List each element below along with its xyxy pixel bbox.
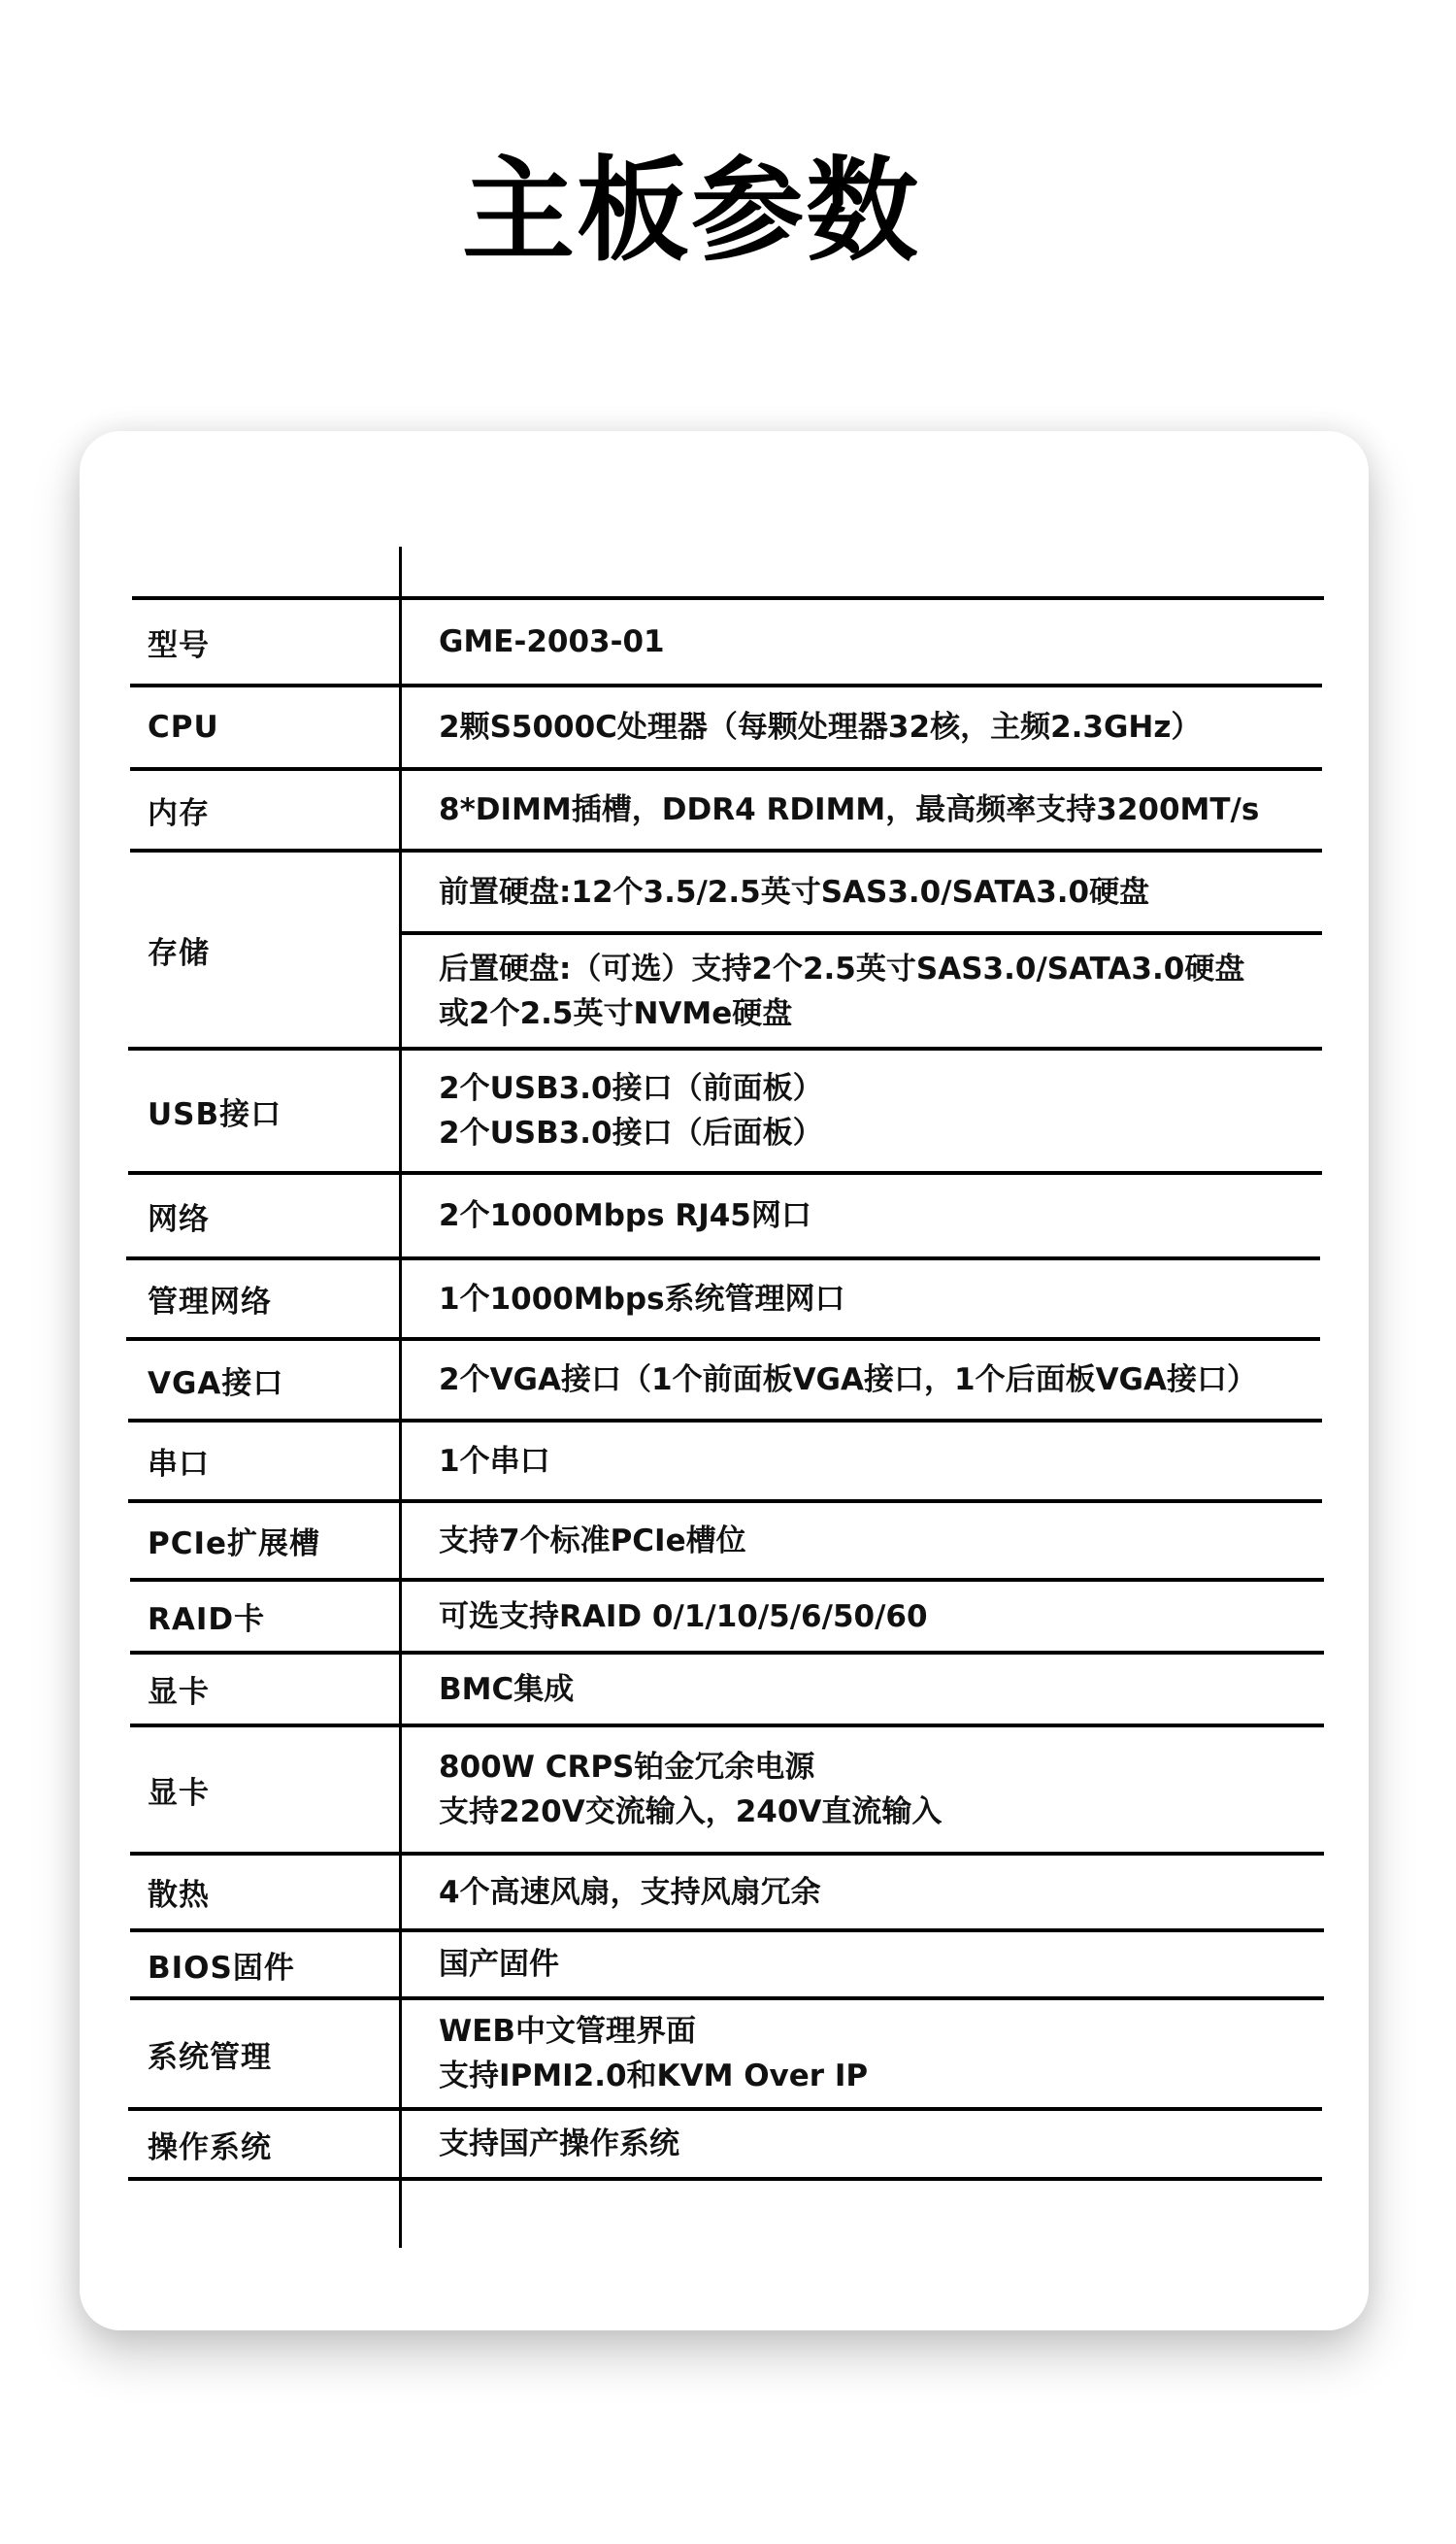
row-rule (128, 2177, 1322, 2181)
spec-value-graphics: BMC集成 (439, 1655, 1317, 1724)
column-divider (399, 547, 402, 2248)
spec-label-storage: 存储 (148, 853, 390, 1047)
spec-value-system-mgmt: WEB中文管理界面 支持IPMI2.0和KVM Over IP (439, 2000, 1317, 2107)
spec-value-line: 800W CRPS铂金冗余电源 (439, 1745, 1317, 1790)
spec-value-cpu: 2颗S5000C处理器（每颗处理器32核，主频2.3GHz） (439, 687, 1317, 767)
spec-value-line: 国产固件 (439, 1942, 1317, 1987)
spec-label-serial: 串口 (148, 1423, 390, 1499)
spec-label-system-mgmt: 系统管理 (148, 2000, 390, 2107)
spec-value-line: 或2个2.5英寸NVMe硬盘 (439, 991, 1317, 1036)
spec-label-model: 型号 (148, 600, 390, 684)
spec-value-serial: 1个串口 (439, 1423, 1317, 1499)
spec-label-cpu: CPU (148, 687, 390, 767)
spec-value-line: WEB中文管理界面 (439, 2009, 1317, 2054)
spec-label-raid: RAID卡 (148, 1582, 390, 1651)
spec-value-usb: 2个USB3.0接口（前面板） 2个USB3.0接口（后面板） (439, 1051, 1317, 1171)
spec-value-line: 支持IPMI2.0和KVM Over IP (439, 2054, 1317, 2098)
spec-label-usb: USB接口 (148, 1051, 390, 1171)
spec-label-memory: 内存 (148, 771, 390, 849)
spec-value-storage-front: 前置硬盘:12个3.5/2.5英寸SAS3.0/SATA3.0硬盘 (439, 853, 1317, 931)
spec-value-line: BMC集成 (439, 1667, 1317, 1712)
spec-value-power: 800W CRPS铂金冗余电源 支持220V交流输入，240V直流输入 (439, 1727, 1317, 1852)
spec-label-mgmt-network: 管理网络 (148, 1260, 390, 1337)
spec-value-raid: 可选支持RAID 0/1/10/5/6/50/60 (439, 1582, 1317, 1651)
spec-value-line: 前置硬盘:12个3.5/2.5英寸SAS3.0/SATA3.0硬盘 (439, 870, 1317, 915)
spec-value-line: 2个VGA接口（1个前面板VGA接口，1个后面板VGA接口） (439, 1357, 1317, 1402)
spec-label-os: 操作系统 (148, 2111, 390, 2177)
spec-value-cooling: 4个高速风扇，支持风扇冗余 (439, 1856, 1317, 1928)
spec-value-line: 1个1000Mbps系统管理网口 (439, 1277, 1317, 1322)
spec-value-line: 2颗S5000C处理器（每颗处理器32核，主频2.3GHz） (439, 705, 1317, 750)
spec-value-network: 2个1000Mbps RJ45网口 (439, 1175, 1317, 1256)
spec-label-vga: VGA接口 (148, 1341, 390, 1419)
spec-value-bios: 国产固件 (439, 1932, 1317, 1996)
spec-label-bios: BIOS固件 (148, 1932, 390, 1996)
spec-value-line: 后置硬盘:（可选）支持2个2.5英寸SAS3.0/SATA3.0硬盘 (439, 947, 1317, 991)
spec-value-os: 支持国产操作系统 (439, 2111, 1317, 2177)
spec-label-cooling: 散热 (148, 1856, 390, 1928)
spec-label-network: 网络 (148, 1175, 390, 1256)
spec-label-power: 显卡 (148, 1727, 390, 1852)
spec-value-line: 支持220V交流输入，240V直流输入 (439, 1790, 1317, 1834)
spec-label-graphics: 显卡 (148, 1655, 390, 1724)
page-title: 主板参数 (0, 144, 1382, 280)
spec-value-memory: 8*DIMM插槽，DDR4 RDIMM，最高频率支持3200MT/s (439, 771, 1317, 849)
spec-value-line: 4个高速风扇，支持风扇冗余 (439, 1870, 1317, 1915)
spec-value-line: 2个USB3.0接口（前面板） (439, 1066, 1317, 1111)
spec-value-vga: 2个VGA接口（1个前面板VGA接口，1个后面板VGA接口） (439, 1341, 1317, 1419)
spec-value-line: 支持7个标准PCIe槽位 (439, 1519, 1317, 1563)
spec-value-line: 支持国产操作系统 (439, 2122, 1317, 2166)
spec-value-line: 1个串口 (439, 1439, 1317, 1484)
spec-value-line: 可选支持RAID 0/1/10/5/6/50/60 (439, 1594, 1317, 1639)
spec-value-model: GME-2003-01 (439, 600, 1317, 684)
spec-value-line: 8*DIMM插槽，DDR4 RDIMM，最高频率支持3200MT/s (439, 787, 1317, 832)
spec-value-storage-rear: 后置硬盘:（可选）支持2个2.5英寸SAS3.0/SATA3.0硬盘 或2个2.… (439, 935, 1317, 1047)
spec-label-pcie: PCIe扩展槽 (148, 1503, 390, 1578)
spec-value-line: 2个USB3.0接口（后面板） (439, 1111, 1317, 1155)
spec-value-line: GME-2003-01 (439, 619, 1317, 664)
spec-value-line: 2个1000Mbps RJ45网口 (439, 1193, 1317, 1238)
spec-value-mgmt-network: 1个1000Mbps系统管理网口 (439, 1260, 1317, 1337)
spec-value-pcie: 支持7个标准PCIe槽位 (439, 1503, 1317, 1578)
